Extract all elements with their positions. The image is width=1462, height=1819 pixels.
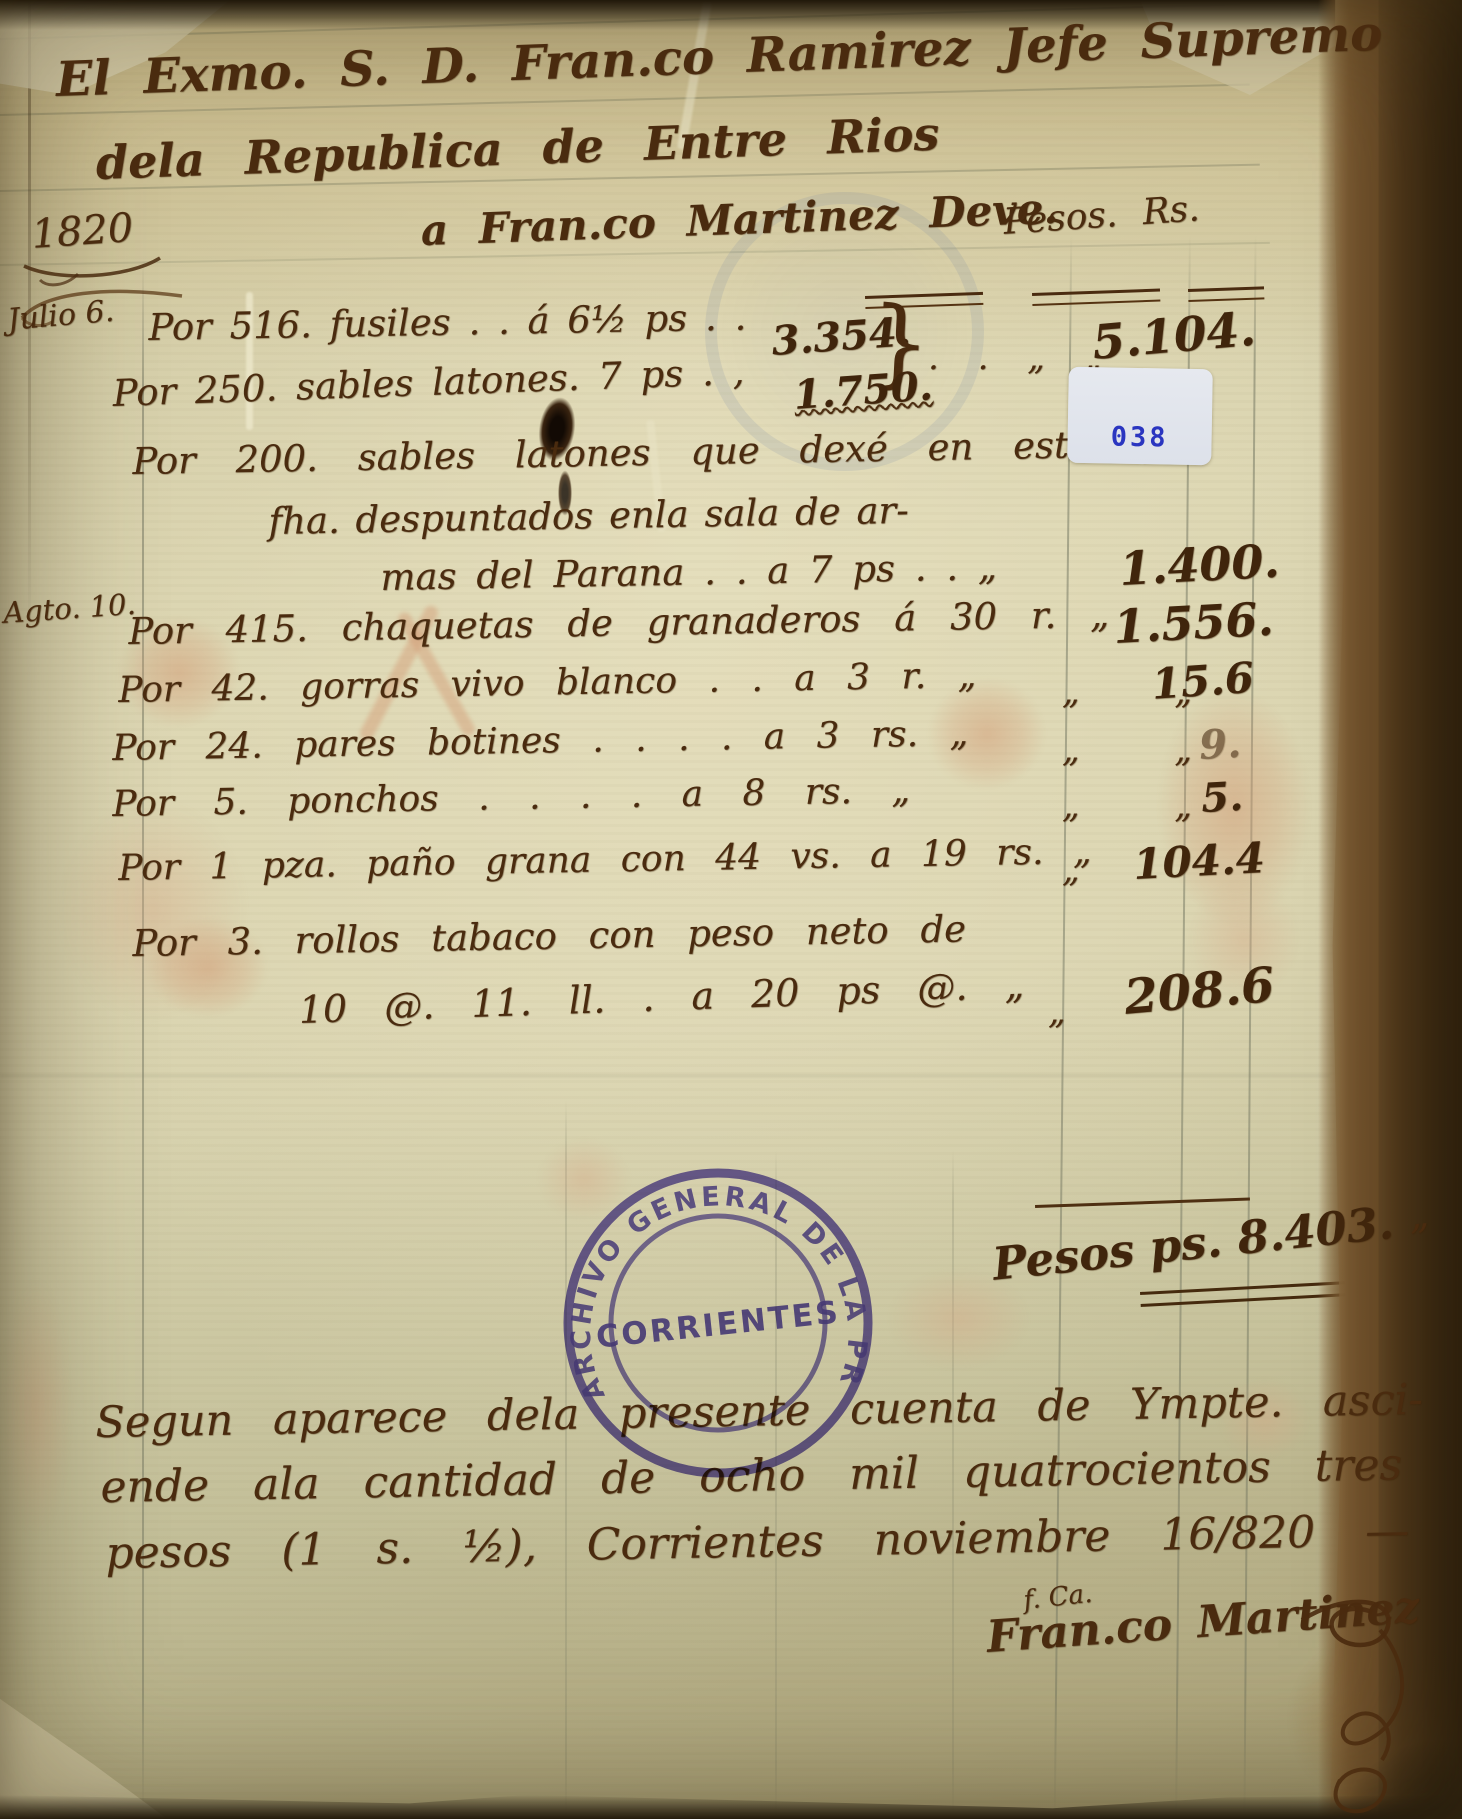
column-rule-3 (1243, 235, 1256, 1819)
stamp-ring-text: ARCHIVO GENERAL DE LA PROVINCIA (542, 1142, 880, 1424)
total-rule-above (1035, 1197, 1250, 1208)
margin-rule (142, 260, 144, 1819)
row-8-amount: 5. (1200, 773, 1244, 822)
archive-stamp: ARCHIVO GENERAL DE LA PROVINCIA CORRIENT… (542, 1142, 895, 1504)
footer-line-3: pesos (1 s. ½), Corrientes noviembre 16/… (105, 1505, 1410, 1579)
archive-stamp-svg: ARCHIVO GENERAL DE LA PROVINCIA CORRIENT… (542, 1142, 895, 1504)
row-3-text: fha. despuntados enla sala de ar- (268, 489, 909, 543)
row-0-text: Por 516. fusiles . . á 6½ ps . . (148, 296, 747, 349)
row-11-text: 10 @. 11. ll. . a 20 ps @. „ (298, 963, 1025, 1032)
stamp-center-text: CORRIENTES (594, 1294, 842, 1355)
total-label: Pesos ps. (990, 1214, 1224, 1291)
total-double-underline (1140, 1281, 1346, 1307)
column-rule-2 (1175, 235, 1191, 1819)
year-note: 1820 (30, 205, 135, 258)
stain-10 (0, 1278, 72, 1540)
row-5-text: Por 415. chaquetas de granaderos á 30 r.… (128, 593, 1110, 653)
row-4-text: mas del Parana . . a 7 ps . . „ (380, 545, 997, 599)
row-8-text: Por 5. ponchos . . . . a 8 rs. „ (112, 770, 910, 825)
row-5-amount: 1.556. (1112, 592, 1275, 654)
row-10-text: Por 3. rollos tabaco con peso neto de (132, 907, 966, 965)
page-edge-bottom (0, 1795, 1462, 1819)
row-9-text: Por 1 pza. paño grana con 44 vs. a 19 rs… (118, 831, 1092, 889)
row-date-agosto: Agto. 10. (2, 587, 137, 630)
row-0-amount: 5.104. (1090, 302, 1258, 371)
row-1-subtotal: 1.750. (792, 362, 934, 419)
row-6-text: Por 42. gorras vivo blanco . . a 3 r. „ (118, 655, 977, 711)
archive-sticker: 038 (1067, 367, 1213, 465)
header-title-line2: dela Republica de Entre Rios (95, 107, 940, 190)
row-11-amount: 208.6 (1122, 957, 1277, 1026)
row-9-amount: 104.4 (1132, 833, 1266, 889)
row-11-leader: „ (1048, 992, 1066, 1032)
column-dash-3 (1188, 286, 1264, 302)
row-9-leader: „ (1062, 850, 1080, 890)
row-7-amount: 9. (1198, 720, 1242, 769)
row-4-amount: 1.400. (1118, 534, 1281, 596)
signature-rubric-flourish (1282, 1588, 1462, 1818)
column-dash-2 (1032, 289, 1160, 306)
row-2-text: Por 200. sables latones que dexé en esta (132, 423, 1091, 483)
manuscript-page: El Exmo. S. D. Fran.co Ramirez Jefe Supr… (0, 0, 1462, 1819)
fold-crease (0, 1075, 1330, 1077)
row-6-amount: 15.6 (1150, 653, 1255, 709)
archive-sticker-number: 038 (1067, 421, 1212, 455)
row-1-text: Por 250. sables latones. 7 ps . , (112, 350, 745, 415)
row-7-text: Por 24. pares botines . . . . a 3 rs. „ (112, 713, 968, 769)
